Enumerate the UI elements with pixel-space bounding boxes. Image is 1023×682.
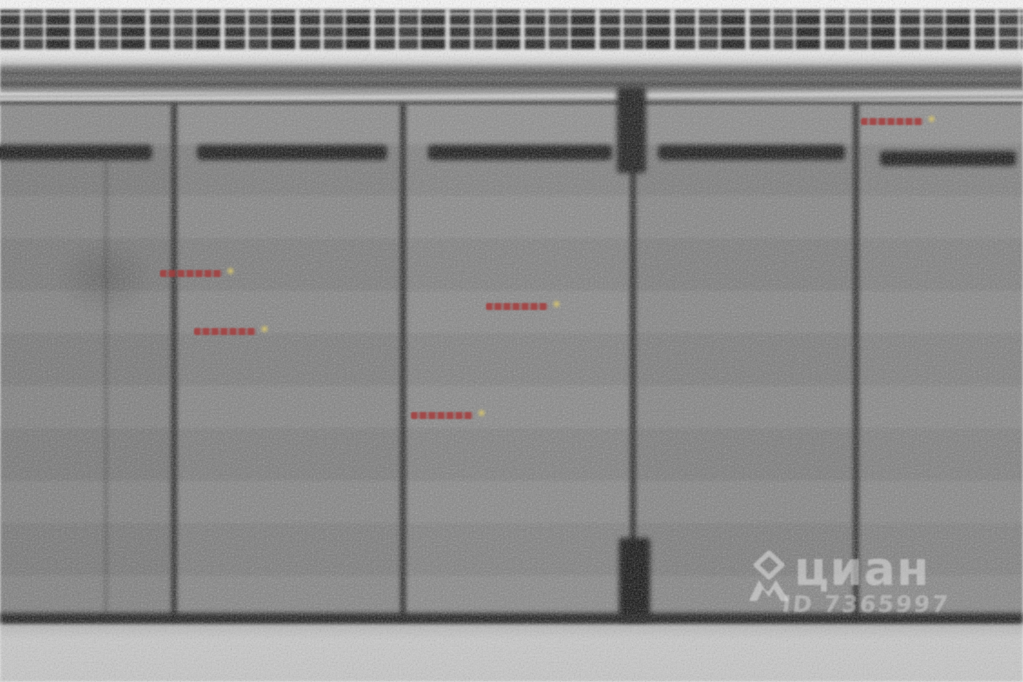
red-scribble-mark (160, 270, 222, 277)
garage-facade-photo: ✳ ✳ ✳ ✳ ✳ циан ID 7365997 (0, 0, 1023, 682)
faint-panel-seam (104, 161, 108, 621)
yellow-star-icon: ✳ (226, 266, 235, 277)
door-handle-bar-1 (0, 145, 152, 160)
wall-top-rail-line (0, 101, 1023, 105)
yellow-star-icon: ✳ (552, 299, 561, 310)
door-handle-bar-2 (197, 145, 387, 160)
door-handle-bar-3 (428, 145, 612, 160)
eave-light-strip (0, 51, 1023, 64)
cian-watermark: циан ID 7365997 (742, 544, 972, 634)
door-handle-bar-4 (658, 145, 845, 160)
red-stamp-mark: ✳ (194, 324, 269, 335)
yellow-star-icon: ✳ (477, 408, 486, 419)
yellow-star-icon: ✳ (927, 114, 936, 125)
red-stamp-mark: ✳ (861, 114, 936, 125)
red-scribble-mark (861, 118, 923, 125)
door-panel-3 (405, 101, 629, 622)
red-stamp-mark: ✳ (411, 408, 486, 419)
brick-pattern-band (0, 9, 1023, 53)
door-panel-1 (0, 101, 170, 622)
red-stamp-mark: ✳ (486, 299, 561, 310)
yellow-star-icon: ✳ (260, 324, 269, 335)
panel-divider-1 (171, 103, 177, 622)
wall-top-light-strip (0, 104, 1023, 146)
center-post-top-block (617, 87, 646, 173)
fascia-shadow-band (0, 64, 1023, 93)
red-scribble-mark (194, 328, 256, 335)
cian-brand-text: циан (794, 546, 930, 593)
center-post-bottom-block (619, 538, 650, 622)
panel-divider-2 (400, 103, 406, 622)
top-white-strip (0, 0, 1023, 9)
red-stamp-mark: ✳ (160, 266, 235, 277)
red-scribble-mark (411, 412, 473, 419)
red-scribble-mark (486, 303, 548, 310)
listing-id-text: ID 7365997 (781, 594, 951, 617)
door-handle-bar-5 (880, 151, 1016, 166)
